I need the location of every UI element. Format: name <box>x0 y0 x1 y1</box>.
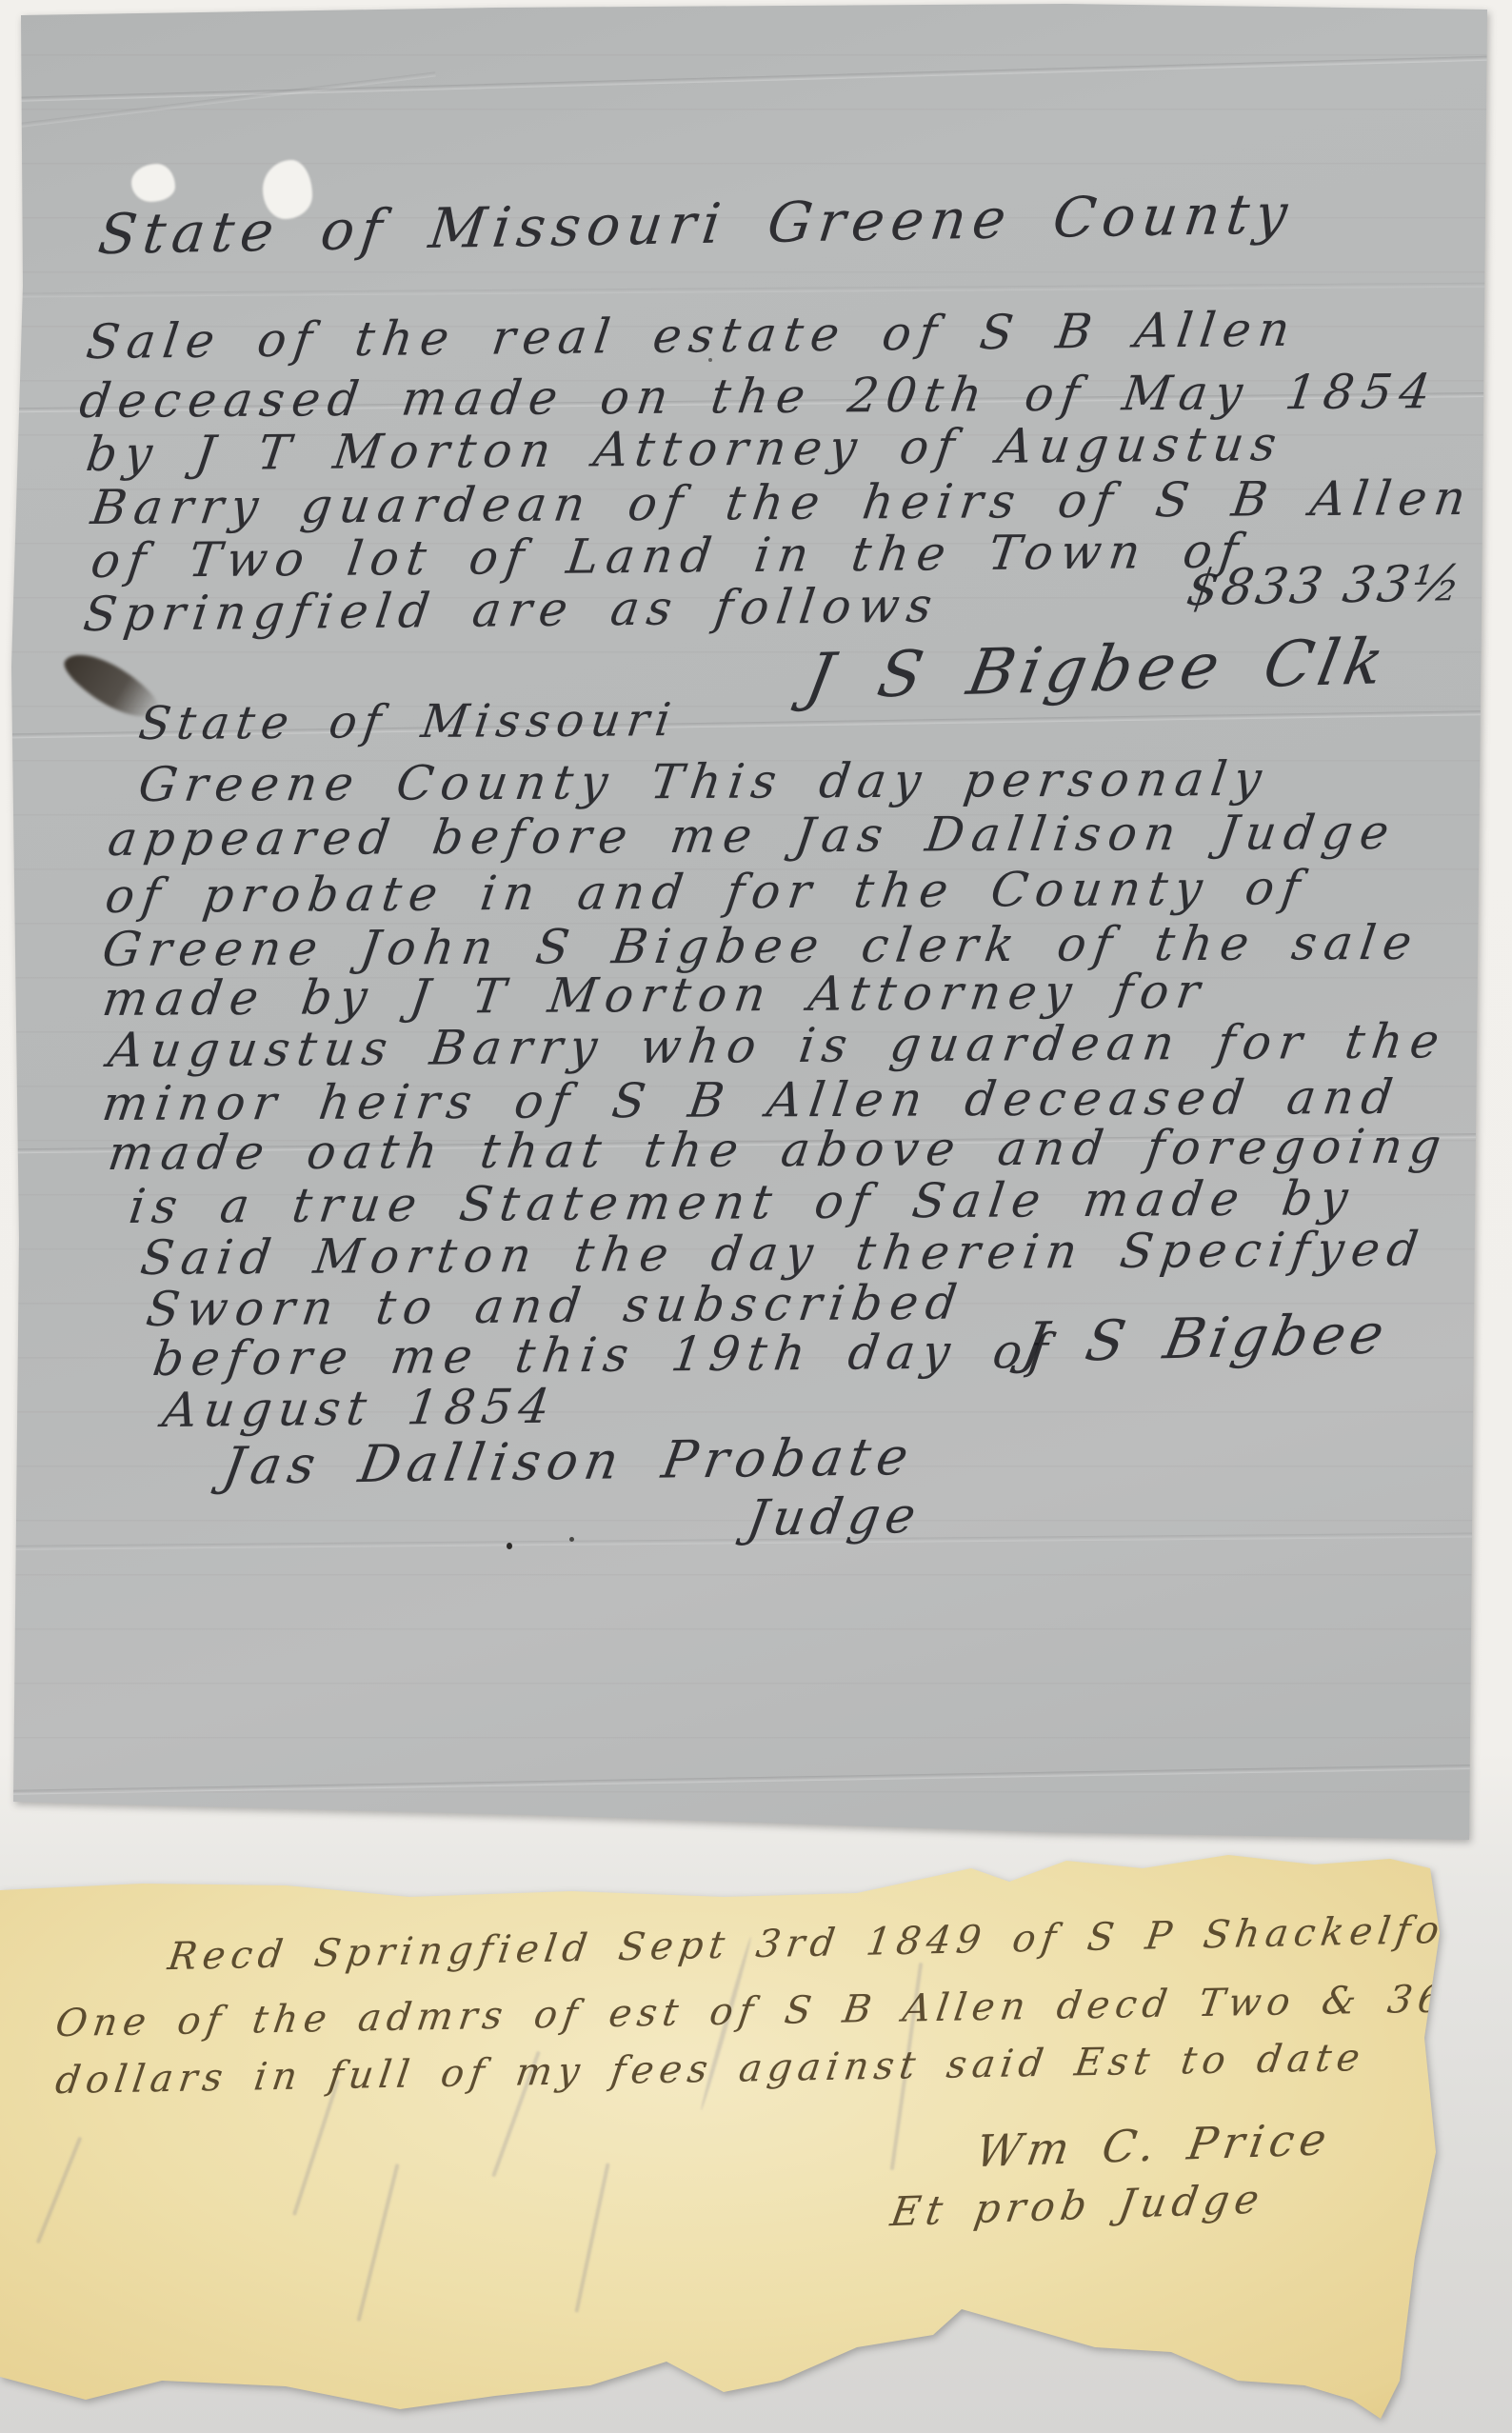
receipt-line: dollars in full of my fees against said … <box>53 2036 1368 2103</box>
receipt-paper: Recd Springfield Sept 3rd 1849 of S P Sh… <box>0 1847 1512 2433</box>
ink-bleedthrough <box>292 2079 340 2216</box>
ink-bleedthrough <box>574 2163 609 2312</box>
receipt-line: Recd Springfield Sept 3rd 1849 of S P Sh… <box>166 1907 1502 1979</box>
receipt-signature-title: Et prob Judge <box>887 2175 1267 2235</box>
receipt-line: One of the admrs of est of S B Allen dec… <box>53 1975 1512 2045</box>
receipt-signature: Wm C. Price <box>972 2113 1335 2177</box>
scanned-document: State of Missouri Greene County Sale of … <box>0 0 1512 2433</box>
ink-bleedthrough <box>36 2137 83 2244</box>
receipt-paper-shadow: Recd Springfield Sept 3rd 1849 of S P Sh… <box>0 0 1512 2433</box>
ink-bleedthrough <box>356 2164 399 2322</box>
